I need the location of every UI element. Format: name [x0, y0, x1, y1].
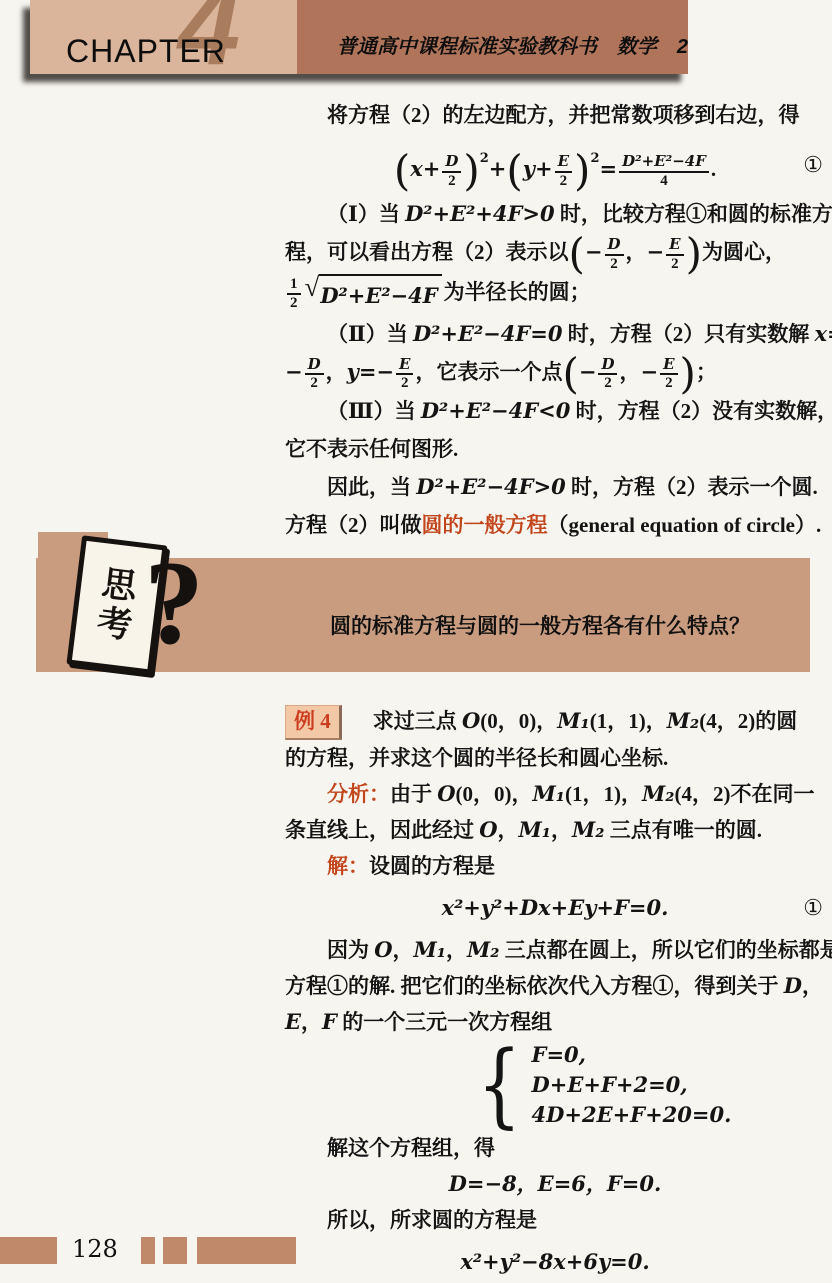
numerator: D²+E²−4F [619, 153, 709, 173]
denominator: 2 [398, 375, 412, 392]
decoration-block [141, 1237, 155, 1264]
solution-line1: 解：设圆的方程是 [285, 848, 825, 884]
decoration-block [163, 1237, 187, 1264]
text-run: ， [498, 818, 519, 842]
math-run: D [308, 355, 321, 373]
text-run: 为圆心， [702, 240, 786, 264]
radicand: D²+E²−4F [319, 274, 441, 315]
text-run: (0，0)， [456, 782, 533, 806]
case3-line1: （Ⅲ）当 D²+E²−4F<0 时，方程（2）没有实数解， [285, 392, 825, 430]
example-label: 例 4 [285, 705, 342, 740]
text-run: (0，0)， [480, 709, 557, 733]
therefore-line: 所以，所求圆的方程是 [285, 1202, 825, 1238]
equation-general: x²+y²+Dx+Ey+F=0.① [285, 884, 825, 932]
math-run: D [601, 355, 614, 373]
big-paren: ( [569, 230, 585, 279]
numerator: D [598, 356, 617, 376]
denominator: 2 [287, 295, 301, 312]
math-run: D²+E²+4F>0 [405, 201, 555, 226]
text-run: 时，方程（2）表示一个圆. [566, 475, 818, 499]
textbook-page: 4 CHAPTER 普通高中课程标准实验教科书 数学 2 将方程（2）的左边配方… [0, 0, 832, 1283]
example4-line2: 的方程，并求这个圆的半径长和圆心坐标. [285, 740, 825, 776]
text-run: ， [551, 818, 572, 842]
math-run: M₁ [533, 781, 565, 806]
analysis-line2: 条直线上，因此经过 O，M₁，M₂ 三点有唯一的圆. [285, 812, 825, 848]
big-paren: ) [574, 146, 590, 195]
math-run: E [663, 355, 674, 373]
text-run: 4 [660, 173, 668, 189]
text-run: 时，方程（2）只有实数解 [563, 322, 815, 346]
system-equation: D+E+F+2=0, [532, 1070, 732, 1100]
fraction: D2 [598, 356, 617, 393]
text-run: ； [696, 360, 717, 384]
fraction: E2 [666, 236, 683, 273]
text-run: 的方程，并求这个圆的半径长和圆心坐标. [285, 746, 668, 770]
text-run: 程，可以看出方程（2）表示以 [285, 240, 569, 264]
case1-line1: （Ⅰ）当 D²+E²+4F>0 时，比较方程①和圆的标准方 [285, 195, 825, 233]
fraction: 12 [287, 276, 301, 312]
text-run: ， [301, 1010, 322, 1034]
text-run: (1，1)， [590, 709, 667, 733]
radical-sign: √ [305, 274, 320, 301]
system-equation: 4D+2E+F+20=0. [532, 1100, 732, 1130]
text-run: 2 [290, 295, 298, 311]
math-run: O [462, 708, 480, 733]
text-run: 方程（2）叫做 [285, 513, 422, 537]
math-run: E [669, 235, 680, 253]
decoration-block [0, 1237, 57, 1264]
math-run: O [374, 937, 392, 962]
equation-number: ① [803, 146, 823, 184]
text-run: 2 [665, 375, 673, 391]
text-run: ， [446, 938, 467, 962]
text-run: 2 [610, 256, 618, 272]
text-run: (1，1)， [565, 782, 642, 806]
math-run: D²+E²−4F [622, 152, 706, 170]
math-run: x²+y²+Dx+Ey+F=0. [442, 895, 669, 920]
math-run: − [647, 239, 665, 264]
because-line2: 方程①的解. 把它们的坐标依次代入方程①，得到关于 D， [285, 968, 825, 1004]
text-run: . [711, 157, 716, 181]
highlighted-term: 分析： [327, 782, 390, 806]
big-paren: ) [686, 230, 702, 279]
denominator: 4 [657, 173, 671, 190]
fraction: E2 [660, 356, 677, 393]
math-run: y=− [347, 359, 394, 384]
fraction: D2 [605, 236, 624, 273]
big-paren: ( [394, 146, 410, 195]
text-run: 2 [401, 375, 409, 391]
because-line1: 因为 O，M₁，M₂ 三点都在圆上，所以它们的坐标都是 [285, 932, 825, 968]
math-run: − [640, 359, 658, 384]
math-run: − [579, 359, 597, 384]
text-run: 它不表示任何图形. [285, 437, 458, 461]
denominator: 2 [557, 173, 571, 190]
text-run: 2 [604, 375, 612, 391]
intro-line: 将方程（2）的左边配方，并把常数项移到右边，得 [285, 96, 825, 134]
denominator: 2 [607, 256, 621, 273]
equation-system: {F=0,D+E+F+2=0,4D+2E+F+20=0. [285, 1040, 825, 1130]
math-run: D [445, 152, 458, 170]
chapter-banner: 4 CHAPTER [30, 0, 297, 74]
example4-line1: 例 4 求过三点 O(0，0)，M₁(1，1)，M₂(4，2)的圆 [285, 703, 825, 740]
text-run: 由于 [390, 782, 437, 806]
text-run: 设圆的方程是 [369, 854, 495, 878]
text-run: 2 [560, 173, 568, 189]
math-run: M₂ [642, 781, 674, 806]
text-run: 因为 [327, 938, 374, 962]
numerator: E [666, 236, 683, 256]
text-run: 解这个方程组，得 [327, 1136, 495, 1160]
denominator: 2 [668, 256, 682, 273]
think-char-2: 考 [95, 603, 135, 646]
math-run: E [399, 355, 410, 373]
book-title: 普通高中课程标准实验教科书 数学 2 [297, 0, 688, 74]
text-run: (4，2)的圆 [699, 709, 797, 733]
think-char-1: 思 [100, 564, 140, 607]
fraction: E2 [555, 153, 572, 190]
math-run: x+ [410, 156, 440, 181]
page-footer: 128 [0, 1237, 832, 1267]
text-run: 时，方程（2）没有实数解， [570, 399, 832, 423]
math-run: D²+E²−4F=0 [413, 321, 563, 346]
math-run: O [437, 781, 455, 806]
text-run: ， [802, 974, 823, 998]
numerator: E [396, 356, 413, 376]
denominator: 2 [662, 375, 676, 392]
case1-line3: 12√D²+E²−4F为半径长的圆； [285, 273, 825, 315]
math-run: D [784, 973, 802, 998]
conclusion-line1: 因此，当 D²+E²−4F>0 时，方程（2）表示一个圆. [285, 468, 825, 506]
conclusion-line2: 方程（2）叫做圆的一般方程（general equation of circle… [285, 506, 825, 544]
text-run: 条直线上，因此经过 [285, 818, 479, 842]
math-run: x= [815, 321, 832, 346]
text-run: 方程①的解. 把它们的坐标依次代入方程①，得到关于 [285, 974, 784, 998]
text-run: ，它表示一个点 [415, 360, 562, 384]
denominator: 2 [445, 173, 459, 190]
because-line3: E，F 的一个三元一次方程组 [285, 1004, 825, 1040]
text-run: ， [619, 360, 640, 384]
case3-line2: 它不表示任何图形. [285, 430, 825, 468]
page-header: 4 CHAPTER 普通高中课程标准实验教科书 数学 2 [30, 0, 688, 74]
math-run: O [479, 817, 497, 842]
math-run: M₂ [667, 708, 699, 733]
math-run: F [322, 1009, 337, 1034]
highlighted-term: 解： [327, 854, 369, 878]
math-run: D [608, 235, 621, 253]
math-run: + [489, 156, 507, 181]
decoration-block [197, 1237, 296, 1264]
math-run: − [585, 239, 603, 264]
text-run: ， [326, 360, 347, 384]
numerator: E [660, 356, 677, 376]
math-run: D²+E²−4F [320, 283, 437, 308]
question-mark-icon: ? [144, 540, 204, 666]
denominator: 2 [601, 375, 615, 392]
denominator: 2 [307, 375, 321, 392]
analysis-line1: 分析：由于 O(0，0)，M₁(1，1)，M₂(4，2)不在同一 [285, 776, 825, 812]
math-run: M₁ [557, 708, 589, 733]
text-run: 时，比较方程①和圆的标准方 [555, 202, 832, 226]
math-run: M₁ [414, 937, 446, 962]
math-run: M₁ [519, 817, 551, 842]
math-run: = [599, 156, 617, 181]
solve-line: 解这个方程组，得 [285, 1130, 825, 1166]
math-run: y+ [523, 156, 553, 181]
numerator: D [605, 236, 624, 256]
system-rows: F=0,D+E+F+2=0,4D+2E+F+20=0. [532, 1040, 732, 1130]
text-run: 将方程（2）的左边配方，并把常数项移到右边，得 [327, 103, 800, 127]
text-run: 三点有唯一的圆. [604, 818, 762, 842]
def-values: D=−8，E=6，F=0. [285, 1166, 825, 1202]
fraction: D2 [305, 356, 324, 393]
case2-line2: −D2，y=−E2，它表示一个点(−D2，−E2)； [285, 353, 825, 392]
math-run: E [285, 1009, 301, 1034]
math-run: − [285, 359, 303, 384]
math-run: D=−8，E=6，F=0. [449, 1171, 662, 1196]
text-run: （Ⅲ）当 [327, 399, 421, 423]
chapter-label: CHAPTER [66, 35, 226, 67]
math-run: M₂ [572, 817, 604, 842]
page-number: 128 [72, 1235, 118, 1263]
text-run: (4，2)不在同一 [674, 782, 814, 806]
big-paren: ) [680, 349, 696, 398]
text-run: 求过三点 [352, 709, 462, 733]
math-run: D²+E²−4F>0 [416, 474, 566, 499]
example-text: 例 4 求过三点 O(0，0)，M₁(1，1)，M₂(4，2)的圆的方程，并求这… [285, 703, 825, 1283]
equation-number: ① [803, 890, 823, 926]
numerator: 1 [287, 276, 301, 295]
square-root: √D²+E²−4F [305, 274, 442, 315]
numerator: D [305, 356, 324, 376]
case1-line2: 程，可以看出方程（2）表示以(−D2，−E2)为圆心， [285, 233, 825, 272]
text-run: 为半径长的圆； [444, 280, 591, 304]
text-run: 1 [290, 276, 298, 292]
think-box: 思 考 ? 圆的标准方程与圆的一般方程各有什么特点？ [36, 558, 810, 672]
big-paren: ) [463, 146, 479, 195]
superscript: 2 [480, 151, 489, 166]
fraction: E2 [396, 356, 413, 393]
text-run: 所以，所求圆的方程是 [327, 1208, 537, 1232]
text-run: （general equation of circle）. [548, 513, 822, 537]
highlighted-term: 圆的一般方程 [422, 513, 548, 537]
math-run: E [558, 152, 569, 170]
system-equation: F=0, [532, 1040, 732, 1070]
big-paren: ( [562, 349, 578, 398]
numerator: E [555, 153, 572, 173]
derivation-text: 将方程（2）的左边配方，并把常数项移到右边，得(x+D2)2+(y+E2)2=D… [285, 96, 825, 544]
fraction: D²+E²−4F4 [619, 153, 709, 190]
text-run: （Ⅱ）当 [327, 322, 413, 346]
think-icon: 思 考 ? [56, 538, 236, 696]
text-run: 2 [671, 256, 679, 272]
equation-1: (x+D2)2+(y+E2)2=D²+E²−4F4.① [285, 134, 825, 195]
text-run: 三点都在圆上，所以它们的坐标都是 [499, 938, 832, 962]
text-run: 2 [310, 375, 318, 391]
text-run: ， [393, 938, 414, 962]
big-paren: ( [506, 146, 522, 195]
math-run: M₂ [467, 937, 499, 962]
text-run: 2 [448, 173, 456, 189]
text-run: （Ⅰ）当 [327, 202, 405, 226]
case2-line1: （Ⅱ）当 D²+E²−4F=0 时，方程（2）只有实数解 x= [285, 315, 825, 353]
text-run: 因此，当 [327, 475, 416, 499]
math-run: D²+E²−4F<0 [421, 398, 571, 423]
system-brace: { [477, 1048, 521, 1122]
numerator: D [442, 153, 461, 173]
fraction: D2 [442, 153, 461, 190]
think-question: 圆的标准方程与圆的一般方程各有什么特点？ [330, 610, 750, 640]
text-run: ， [626, 240, 647, 264]
equation-system: {F=0,D+E+F+2=0,4D+2E+F+20=0. [470, 1040, 731, 1130]
